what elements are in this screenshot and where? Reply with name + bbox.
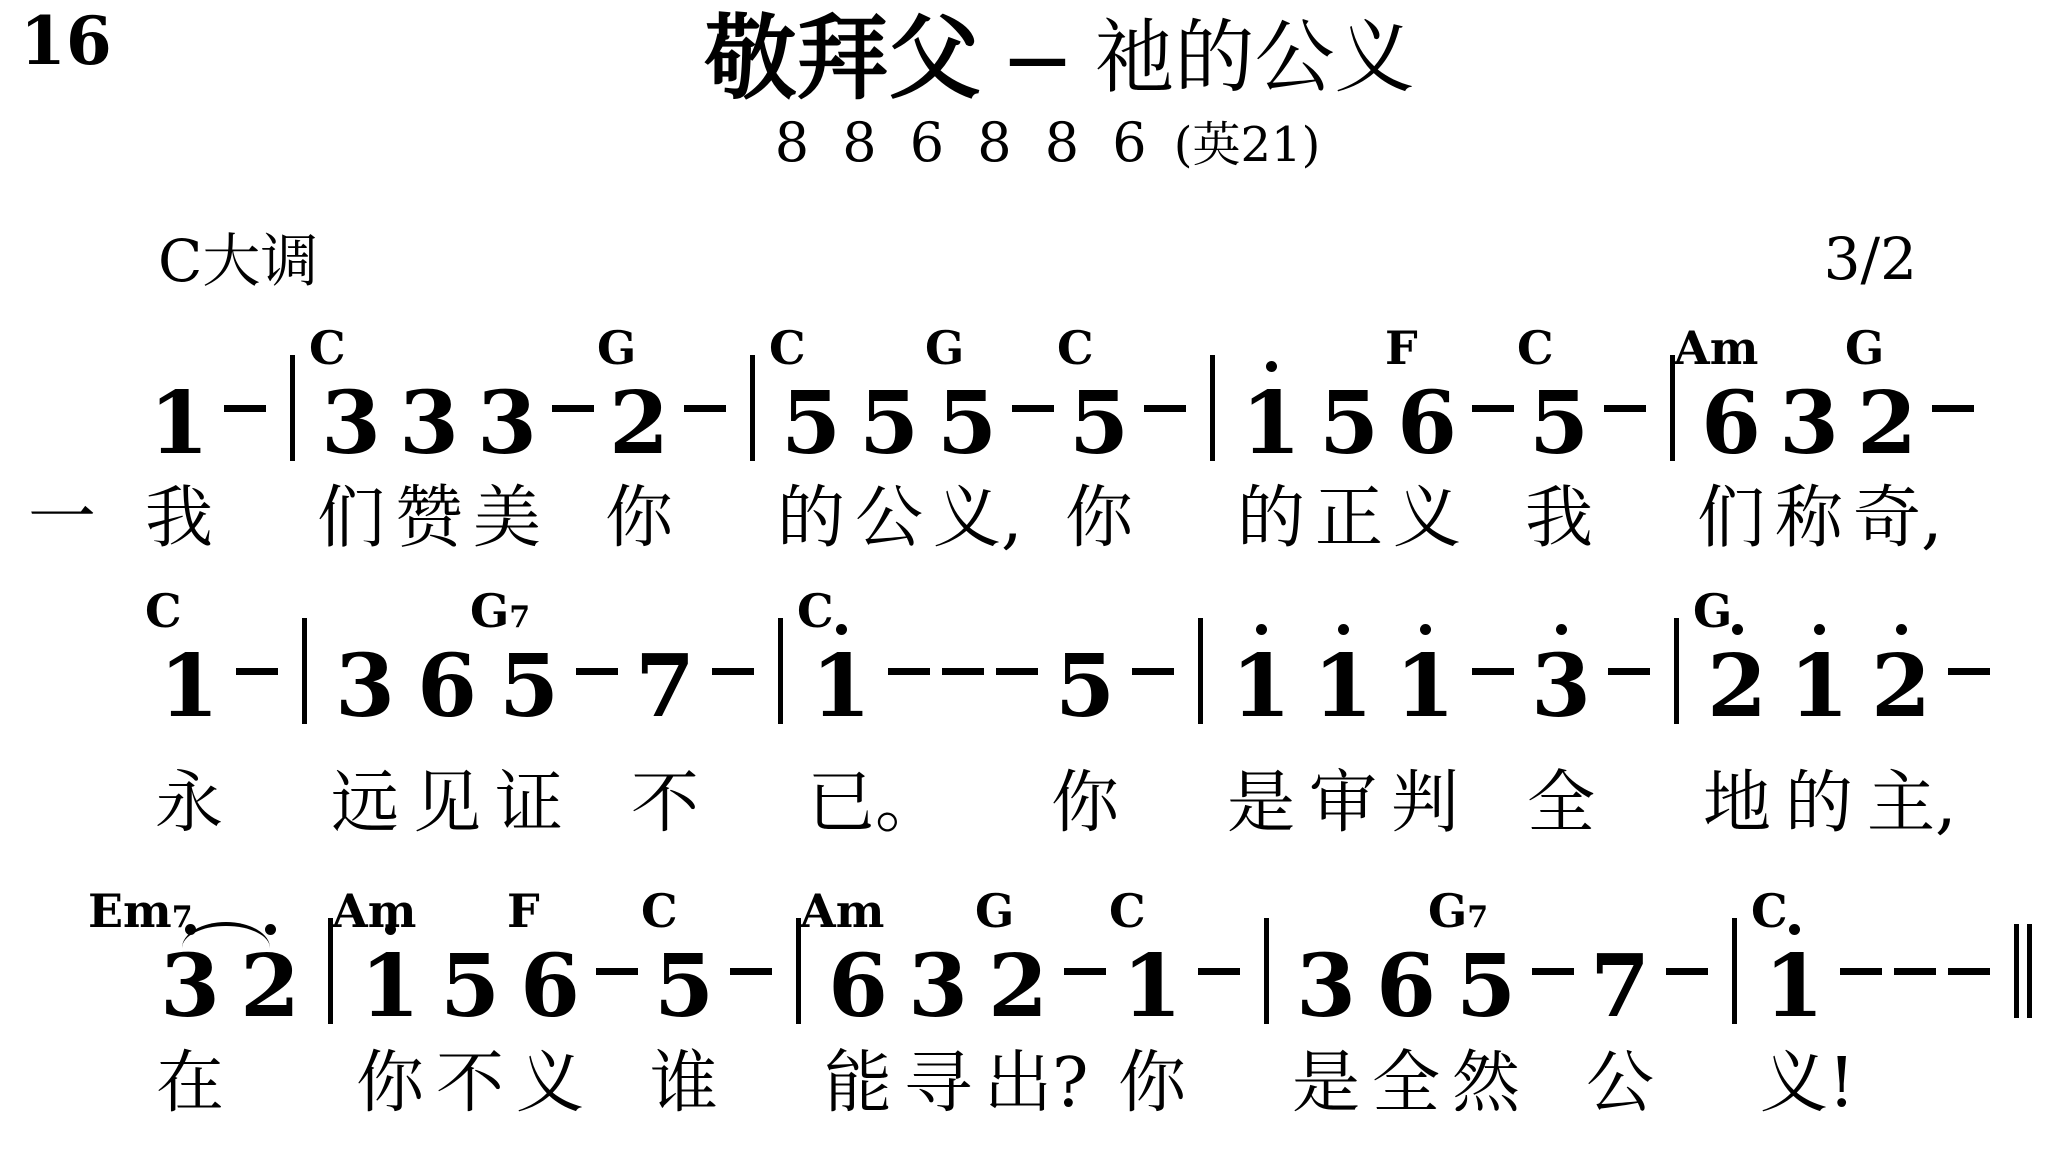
duration-dash bbox=[576, 668, 618, 675]
note-digit: 2 bbox=[1848, 381, 1926, 467]
duration-dash bbox=[1608, 668, 1650, 675]
note-digit: 5 bbox=[850, 381, 928, 467]
note-digit: 6 bbox=[1366, 944, 1446, 1030]
note-digit: 1 bbox=[1302, 644, 1384, 730]
lyric-syllable: 判 bbox=[1391, 768, 1459, 839]
lyric-syllable: 见 bbox=[413, 768, 481, 839]
note-digit: 5 bbox=[430, 944, 510, 1030]
octave-dot bbox=[1556, 624, 1567, 635]
note-digit: 5 bbox=[1446, 944, 1526, 1030]
lyric-syllable: 的 bbox=[1237, 483, 1305, 554]
music-system-2: 1C365G771C511132G12 bbox=[0, 588, 2059, 763]
note-digit: 5 bbox=[772, 381, 850, 467]
note-digit: 5 bbox=[1310, 381, 1388, 467]
lyric-syllable: 们 bbox=[1697, 483, 1765, 554]
note-digit: 1 bbox=[800, 644, 882, 730]
chord-root: C bbox=[1109, 884, 1146, 938]
note-digit: 5 bbox=[644, 944, 724, 1030]
chord-root: G bbox=[470, 584, 509, 638]
duration-dash bbox=[1532, 968, 1574, 975]
lyric-syllable: 你 bbox=[1051, 768, 1119, 839]
note-digit: 1 bbox=[1384, 644, 1466, 730]
barline bbox=[1264, 918, 1269, 1024]
note-digit: 3 bbox=[1520, 644, 1602, 730]
lyric-syllable: 审 bbox=[1309, 768, 1377, 839]
chord-label: G bbox=[1693, 588, 1732, 634]
chord-label: C bbox=[309, 325, 346, 371]
duration-dash bbox=[1840, 968, 1882, 975]
duration-dash bbox=[1948, 968, 1990, 975]
note-digit: 5 bbox=[488, 644, 570, 730]
lyrics-line-1: 一我们赞美你的公义,你的正义我们称奇, bbox=[0, 483, 2059, 573]
hymn-sheet-page: 16 敬拜父 — 祂的公义 8 8 6 8 8 6 (英21) C大调 3/2 … bbox=[0, 0, 2059, 1159]
octave-dot bbox=[1256, 624, 1267, 635]
chord-extension: 7 bbox=[172, 900, 193, 935]
chord-root: G bbox=[1845, 321, 1884, 375]
lyric-syllable: 美 bbox=[473, 483, 541, 554]
duration-dash bbox=[1472, 405, 1514, 412]
lyric-syllable: 公 bbox=[855, 483, 923, 554]
note-digit: 2 bbox=[978, 944, 1058, 1030]
chord-root: G bbox=[1428, 884, 1467, 938]
duration-dash bbox=[996, 668, 1038, 675]
note-digit: 1 bbox=[350, 944, 430, 1030]
chord-root: G bbox=[597, 321, 636, 375]
note-digit: 3 bbox=[1286, 944, 1366, 1030]
chord-label: F bbox=[1385, 325, 1418, 371]
lyric-syllable: 称 bbox=[1775, 483, 1843, 554]
octave-dot bbox=[1266, 361, 1277, 372]
chord-root: C bbox=[1517, 321, 1554, 375]
chord-label: C bbox=[1517, 325, 1554, 371]
note-digit: 5 bbox=[1520, 381, 1598, 467]
duration-dash bbox=[1012, 405, 1054, 412]
lyric-syllable: 正 bbox=[1315, 483, 1383, 554]
note-digit: 3 bbox=[898, 944, 978, 1030]
lyrics-line-2: 永远见证不已。你是审判全地的主, bbox=[0, 768, 2059, 858]
chord-root: G bbox=[1693, 584, 1732, 638]
note-digit: 2 bbox=[1696, 644, 1778, 730]
duration-dash bbox=[1064, 968, 1106, 975]
chord-root: G bbox=[925, 321, 964, 375]
chord-extension: 7 bbox=[1467, 900, 1488, 935]
octave-dot bbox=[1814, 624, 1825, 635]
note-digit: 6 bbox=[818, 944, 898, 1030]
chord-root: Am bbox=[332, 884, 416, 938]
score: 13C332G5C55G5C156F5C6Am32G一我们赞美你的公义,你的正义… bbox=[0, 0, 2059, 1159]
lyric-syllable: 已。 bbox=[807, 768, 943, 839]
barline bbox=[1198, 618, 1203, 724]
note-digit: 3 bbox=[468, 381, 546, 467]
lyric-syllable: 是 bbox=[1292, 1048, 1360, 1119]
lyric-syllable: 在 bbox=[156, 1048, 224, 1119]
note-digit: 5 bbox=[1044, 644, 1126, 730]
chord-root: G bbox=[975, 884, 1014, 938]
barline bbox=[1732, 918, 1737, 1024]
note-digit: 1 bbox=[140, 381, 218, 467]
note-digit: 7 bbox=[1580, 944, 1660, 1030]
note-digit: 5 bbox=[1060, 381, 1138, 467]
chord-label: Em7 bbox=[88, 888, 193, 934]
chord-root: C bbox=[769, 321, 806, 375]
chord-root: Am bbox=[1674, 321, 1758, 375]
note-digit: 3 bbox=[312, 381, 390, 467]
chord-root: C bbox=[1751, 884, 1788, 938]
lyric-syllable: 的 bbox=[777, 483, 845, 554]
lyric-syllable: 公 bbox=[1586, 1048, 1654, 1119]
lyric-syllable: 全 bbox=[1372, 1048, 1440, 1119]
lyric-syllable: 义 bbox=[516, 1048, 584, 1119]
lyric-syllable: 是 bbox=[1227, 768, 1295, 839]
chord-label: G7 bbox=[470, 588, 530, 634]
note-digit: 6 bbox=[510, 944, 590, 1030]
lyric-syllable: 证 bbox=[495, 768, 563, 839]
note-digit: 2 bbox=[230, 944, 310, 1030]
octave-dot bbox=[1896, 624, 1907, 635]
barline bbox=[750, 355, 755, 461]
note-digit: 7 bbox=[624, 644, 706, 730]
barline bbox=[1210, 355, 1215, 461]
lyric-syllable: 奇, bbox=[1853, 483, 1943, 554]
barline bbox=[778, 618, 783, 724]
note-digit: 3 bbox=[1770, 381, 1848, 467]
lyric-syllable: 然 bbox=[1452, 1048, 1520, 1119]
final-barline bbox=[2027, 924, 2032, 1018]
note-digit: 1 bbox=[1220, 644, 1302, 730]
lyric-syllable: 地 bbox=[1703, 768, 1771, 839]
chord-label: Am bbox=[800, 888, 884, 934]
chord-root: C bbox=[641, 884, 678, 938]
chord-label: C bbox=[797, 588, 834, 634]
note-digit: 3 bbox=[150, 944, 230, 1030]
chord-label: C bbox=[1057, 325, 1094, 371]
duration-dash bbox=[236, 668, 278, 675]
final-barline bbox=[2014, 924, 2019, 1018]
duration-dash bbox=[730, 968, 772, 975]
lyric-syllable: 能 bbox=[824, 1048, 892, 1119]
note-digit: 1 bbox=[148, 644, 230, 730]
lyrics-line-3: 在你不义谁能寻出?你是全然公义! bbox=[0, 1048, 2059, 1138]
music-system-1: 13C332G5C55G5C156F5C6Am32G bbox=[0, 325, 2059, 500]
barline bbox=[302, 618, 307, 724]
duration-dash bbox=[1894, 968, 1936, 975]
lyric-syllable: 义 bbox=[1393, 483, 1461, 554]
lyric-syllable: 寻 bbox=[904, 1048, 972, 1119]
duration-dash bbox=[888, 668, 930, 675]
note-digit: 3 bbox=[324, 644, 406, 730]
chord-label: F bbox=[507, 888, 540, 934]
lyric-syllable: 谁 bbox=[650, 1048, 718, 1119]
octave-dot bbox=[836, 624, 847, 635]
lyric-syllable: 义! bbox=[1760, 1048, 1855, 1119]
note-digit: 3 bbox=[390, 381, 468, 467]
octave-dot bbox=[1338, 624, 1349, 635]
lyric-syllable: 我 bbox=[1525, 483, 1593, 554]
duration-dash bbox=[1604, 405, 1646, 412]
octave-dot bbox=[1732, 624, 1743, 635]
note-digit: 5 bbox=[928, 381, 1006, 467]
lyric-syllable: 你 bbox=[356, 1048, 424, 1119]
chord-label: G bbox=[925, 325, 964, 371]
note-digit: 6 bbox=[1692, 381, 1770, 467]
duration-dash bbox=[1198, 968, 1240, 975]
note-digit: 1 bbox=[1232, 381, 1310, 467]
chord-root: C bbox=[309, 321, 346, 375]
chord-label: C bbox=[769, 325, 806, 371]
duration-dash bbox=[712, 668, 754, 675]
note-digit: 6 bbox=[1388, 381, 1466, 467]
note-digit: 1 bbox=[1754, 944, 1834, 1030]
duration-dash bbox=[684, 405, 726, 412]
lyric-syllable: 我 bbox=[145, 483, 213, 554]
lyric-syllable: 你 bbox=[1118, 1048, 1186, 1119]
note-digit: 6 bbox=[406, 644, 488, 730]
lyric-syllable: 主, bbox=[1867, 768, 1957, 839]
duration-dash bbox=[1472, 668, 1514, 675]
chord-label: C bbox=[1109, 888, 1146, 934]
lyric-syllable: 全 bbox=[1527, 768, 1595, 839]
duration-dash bbox=[1948, 668, 1990, 675]
duration-dash bbox=[224, 405, 266, 412]
chord-label: Am bbox=[1674, 325, 1758, 371]
note-digit: 1 bbox=[1112, 944, 1192, 1030]
duration-dash bbox=[942, 668, 984, 675]
lyric-syllable: 们 bbox=[317, 483, 385, 554]
duration-dash bbox=[552, 405, 594, 412]
chord-label: C bbox=[145, 588, 182, 634]
music-system-3: 3Em721Am56F5C6Am32G1C365G771C bbox=[0, 888, 2059, 1063]
lyric-syllable: 出? bbox=[984, 1048, 1088, 1119]
chord-label: C bbox=[1751, 888, 1788, 934]
chord-label: G7 bbox=[1428, 888, 1488, 934]
chord-label: Am bbox=[332, 888, 416, 934]
note-digit: 2 bbox=[1860, 644, 1942, 730]
duration-dash bbox=[1666, 968, 1708, 975]
duration-dash bbox=[1144, 405, 1186, 412]
verse-number: 一 bbox=[28, 483, 96, 554]
chord-root: C bbox=[1057, 321, 1094, 375]
lyric-syllable: 的 bbox=[1785, 768, 1853, 839]
lyric-syllable: 不 bbox=[631, 768, 699, 839]
chord-root: F bbox=[1385, 321, 1418, 375]
chord-label: C bbox=[641, 888, 678, 934]
chord-label: G bbox=[975, 888, 1014, 934]
octave-dot bbox=[265, 924, 276, 935]
chord-root: C bbox=[797, 584, 834, 638]
lyric-syllable: 赞 bbox=[395, 483, 463, 554]
octave-dot bbox=[1420, 624, 1431, 635]
duration-dash bbox=[596, 968, 638, 975]
lyric-syllable: 永 bbox=[155, 768, 223, 839]
chord-label: G bbox=[597, 325, 636, 371]
note-digit: 2 bbox=[600, 381, 678, 467]
chord-label: G bbox=[1845, 325, 1884, 371]
lyric-syllable: 远 bbox=[331, 768, 399, 839]
duration-dash bbox=[1932, 405, 1974, 412]
note-digit: 1 bbox=[1778, 644, 1860, 730]
barline bbox=[290, 355, 295, 461]
chord-root: Em bbox=[88, 884, 172, 938]
lyric-syllable: 义, bbox=[933, 483, 1023, 554]
lyric-syllable: 不 bbox=[436, 1048, 504, 1119]
chord-extension: 7 bbox=[509, 600, 530, 635]
chord-root: C bbox=[145, 584, 182, 638]
duration-dash bbox=[1132, 668, 1174, 675]
chord-root: Am bbox=[800, 884, 884, 938]
chord-root: F bbox=[507, 884, 540, 938]
octave-dot bbox=[1789, 924, 1800, 935]
barline bbox=[1674, 618, 1679, 724]
lyric-syllable: 你 bbox=[1065, 483, 1133, 554]
lyric-syllable: 你 bbox=[605, 483, 673, 554]
